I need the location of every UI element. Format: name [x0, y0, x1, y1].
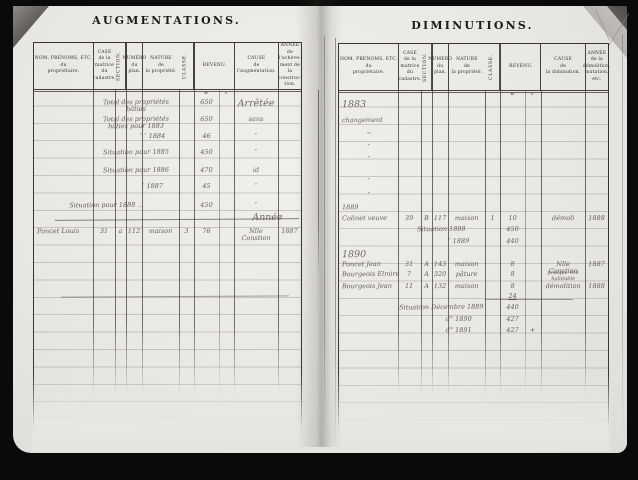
handwritten-entry: ″ 1887	[126, 183, 179, 191]
handwritten-entry: démoli	[540, 215, 584, 223]
left-table-body: fr.c.Total des propriétés bâties650Arrêt…	[34, 89, 301, 449]
gutter-pen-line	[318, 90, 319, 278]
handwritten-entry: Situation Décembre 1889	[398, 304, 485, 312]
handwritten-entry: +	[525, 327, 540, 335]
column-rule	[219, 89, 220, 399]
handwritten-entry: sans	[234, 116, 278, 124]
handwritten-entry: 440	[500, 238, 525, 246]
augmentations-table: NOM, PRÉNOMS, ETC. du propriétaire.CASE …	[33, 42, 302, 449]
handwritten-entry: 1889	[339, 203, 402, 211]
augmentations-title: AUGMENTATIONS.	[33, 14, 300, 27]
handwritten-entry: ″	[234, 133, 278, 141]
paper-sheet: AUGMENTATIONS. DIMINUTIONS. NOM, PRÉNOMS…	[13, 6, 627, 453]
left-column-header-revenu: REVENU.	[194, 43, 234, 89]
handwritten-entry: 117	[432, 215, 448, 223]
handwritten-entry: ~	[339, 130, 399, 138]
left-column-header-nature: NATURE de la propriété.	[142, 43, 179, 89]
handwritten-entry: 31	[398, 261, 420, 269]
left-column-header-section: SECTION.	[115, 43, 126, 89]
handwritten-entry: A	[421, 283, 432, 291]
hand-rule-stroke	[485, 299, 573, 300]
handwritten-entry: Total des propriétés bâties pour 1883	[93, 116, 179, 132]
handwritten-entry: 112	[126, 228, 142, 236]
handwritten-entry: Total des propriétés bâties	[93, 99, 179, 115]
diminutions-title: DIMINUTIONS.	[338, 19, 607, 32]
handwritten-entry: 650	[194, 99, 219, 107]
handwritten-entry: pâture	[448, 271, 485, 279]
page-edge-line	[622, 34, 623, 444]
column-rule	[93, 89, 94, 399]
handwritten-entry: 1883	[339, 100, 402, 112]
handwritten-entry: ″	[339, 143, 399, 151]
revenu-subheader-francs: fr.	[500, 91, 525, 96]
right-column-header-annee: ANNÉE de la démolition, mutation, etc.	[585, 44, 608, 90]
left-column-header-cause: CAUSE de l'augmentation.	[234, 43, 278, 89]
handwritten-entry: B	[421, 215, 432, 223]
handwritten-entry: maison	[448, 261, 485, 269]
page-edge-line	[324, 36, 325, 436]
handwritten-entry: ″	[234, 149, 278, 157]
handwritten-entry: ″	[234, 201, 278, 209]
column-rule	[525, 90, 526, 399]
column-rule	[115, 89, 116, 399]
handwritten-entry: maison	[448, 215, 485, 223]
handwritten-entry: 10	[500, 215, 525, 223]
handwritten-entry: 76	[194, 228, 219, 236]
handwritten-entry: démolition	[540, 282, 584, 290]
handwritten-entry: 650	[194, 116, 219, 124]
handwritten-entry: 8	[500, 283, 525, 291]
left-table-header-row: NOM, PRÉNOMS, ETC. du propriétaire.CASE …	[34, 43, 301, 90]
left-column-header-case: CASE de la matrice du cadastre.	[93, 43, 115, 89]
handwritten-entry: 132	[432, 283, 448, 291]
handwritten-entry: ″	[339, 155, 399, 163]
revenu-subheader-centimes: c.	[525, 91, 540, 96]
handwritten-entry: 8	[500, 271, 525, 279]
handwritten-entry: 470	[194, 167, 219, 175]
handwritten-entry: Situation 1888	[398, 226, 485, 234]
right-column-header-revenu: REVENU.	[500, 44, 540, 90]
column-rule	[585, 90, 586, 399]
handwritten-entry: a	[115, 228, 126, 236]
handwritten-entry: 3	[179, 228, 194, 236]
handwritten-entry: 1887	[278, 228, 301, 236]
handwritten-entry: 427	[500, 327, 525, 335]
handwritten-entry: ″ 1889	[432, 238, 485, 246]
left-column-header-numero: NUMÉRO du plan.	[126, 43, 142, 89]
right-column-header-cause: CAUSE de la diminution.	[540, 44, 584, 90]
handwritten-entry: 11	[398, 283, 420, 291]
handwritten-entry: 450	[194, 149, 219, 157]
handwritten-entry: 427	[500, 316, 525, 324]
handwritten-entry: 440	[500, 304, 525, 312]
right-column-header-names: NOM, PRÉNOMS, ETC. du propriétaire.	[339, 44, 398, 90]
table-bottom-fade	[337, 373, 610, 451]
left-column-header-annee: ANNÉE de l'achève- ment de la construc- …	[278, 43, 301, 89]
right-table-body: fr.c.1883changement~″″″″1889Colinet veuv…	[339, 90, 608, 449]
right-column-header-numero: NUMÉRO du plan.	[432, 44, 448, 90]
page-edge-line	[335, 38, 336, 443]
right-column-header-nature: NATURE de la propriété.	[448, 44, 485, 90]
handwritten-entry: 8	[500, 261, 525, 269]
handwritten-entry: Bourgeois Elmire	[339, 271, 402, 279]
left-column-header-names: NOM, PRÉNOMS, ETC. du propriétaire.	[34, 43, 93, 89]
handwritten-entry: Poncet Louis	[34, 227, 96, 235]
handwritten-entry: 46	[194, 133, 219, 141]
handwritten-entry: Situation pour 1886	[93, 166, 179, 174]
handwritten-entry: Situation pour 1885	[93, 149, 179, 157]
handwritten-entry: Situation pour 1888 ...	[34, 201, 179, 210]
column-rule	[398, 90, 399, 399]
handwritten-entry: Bourgeois Jean	[339, 282, 402, 290]
handwritten-entry: 450	[500, 226, 525, 234]
handwritten-entry: Colinet veuve	[339, 215, 402, 223]
left-column-header-classe: CLASSE.	[179, 43, 194, 89]
handwritten-entry: d° 1890	[432, 315, 485, 323]
handwritten-entry: 1887	[585, 261, 608, 269]
handwritten-entry: id	[234, 167, 278, 175]
column-rule	[421, 90, 422, 399]
handwritten-entry: ″ ″ 1884	[126, 133, 179, 141]
right-column-header-section: SECTION.	[421, 44, 432, 90]
right-column-header-classe: CLASSE.	[485, 44, 500, 90]
handwritten-entry: maison	[448, 282, 485, 290]
handwritten-entry: ″	[339, 192, 399, 200]
handwritten-entry: 450	[194, 202, 219, 210]
handwritten-entry: 7	[398, 271, 420, 279]
right-column-header-case: CASE de la matrice du cadastre.	[398, 44, 420, 90]
handwritten-entry: d° 1891	[432, 327, 485, 335]
handwritten-entry: Poncet Jean	[339, 261, 402, 269]
handwritten-entry: Arrêtée	[234, 99, 278, 110]
scan-background: { "left_page": { "title": "AUGMENTATIONS…	[0, 0, 638, 480]
handwritten-entry: 45	[194, 183, 219, 191]
handwritten-entry: A	[421, 271, 432, 279]
handwritten-entry: 1888	[585, 215, 608, 223]
handwritten-entry: ″	[234, 183, 278, 191]
diminutions-table: NOM, PRÉNOMS, ETC. du propriétaire.CASE …	[338, 43, 609, 449]
revenu-subheader-francs: fr.	[194, 90, 219, 95]
handwritten-entry: 320	[432, 271, 448, 279]
handwritten-entry: Nlle Constion	[234, 228, 278, 243]
handwritten-entry: 1888	[585, 283, 608, 291]
column-rule	[541, 90, 542, 399]
handwritten-entry: maison	[142, 228, 179, 236]
handwritten-entry: ″	[339, 178, 399, 186]
handwritten-entry: changement	[339, 117, 402, 125]
column-rule	[179, 89, 180, 399]
handwritten-entry: A	[421, 261, 432, 269]
handwritten-entry: 143	[432, 261, 448, 269]
revenu-subheader-centimes: c.	[219, 90, 234, 95]
handwritten-entry: 31	[93, 228, 115, 236]
handwritten-entry: 39	[398, 215, 420, 223]
handwritten-entry: 1	[485, 215, 500, 223]
right-table-header-row: NOM, PRÉNOMS, ETC. du propriétaire.CASE …	[339, 44, 608, 91]
table-bottom-fade	[32, 373, 303, 451]
column-rule	[278, 89, 279, 399]
